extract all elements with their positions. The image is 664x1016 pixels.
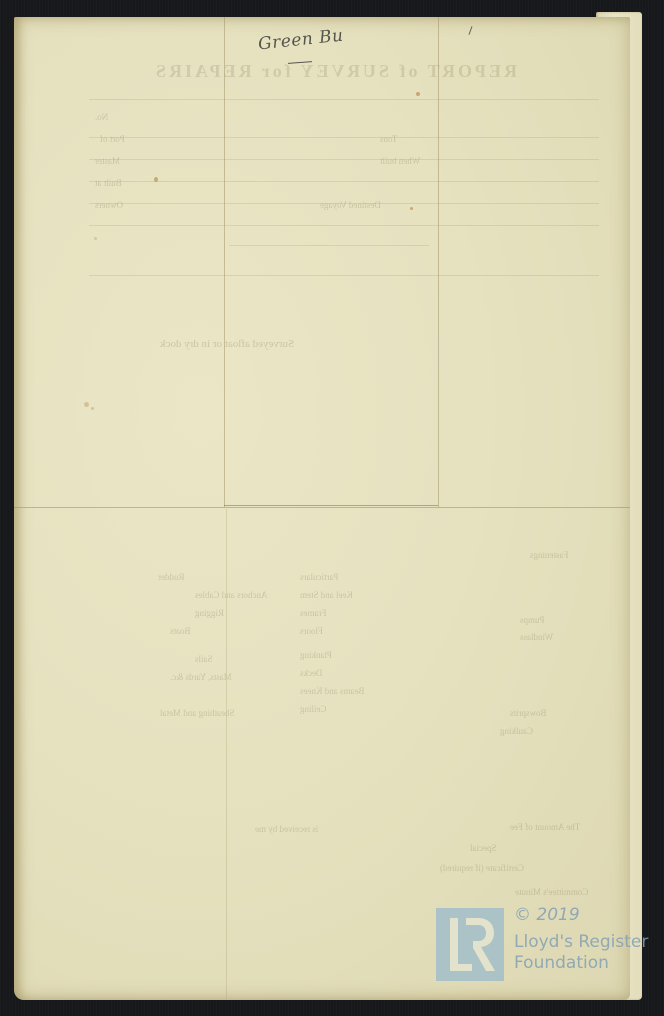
bleed-line: Rudder xyxy=(158,572,185,582)
bleed-line: Surveyed afloat or in dry dock xyxy=(160,338,294,350)
bleed-line: Built at xyxy=(95,178,122,188)
bleed-line: Bowsprits xyxy=(510,708,547,718)
bleed-line: The Amount of Fee xyxy=(510,822,580,832)
bleed-line: Boats xyxy=(170,626,191,636)
watermark-copyright: © 2019 xyxy=(514,905,580,925)
bleed-line: No. xyxy=(95,112,108,122)
bleed-line: is received by me xyxy=(255,824,318,834)
bleed-line: Certificate (if required) xyxy=(440,863,524,873)
foxing-spot xyxy=(84,402,89,407)
bleed-rule xyxy=(89,181,599,182)
bleed-line: Floors xyxy=(300,626,323,636)
bleed-line: Owners xyxy=(95,200,123,210)
bleed-line: Ceiling xyxy=(300,704,327,714)
bleed-line: Windlass xyxy=(520,632,553,642)
lr-logo-icon xyxy=(436,908,504,981)
bleed-line: Masts, Yards &c. xyxy=(170,672,232,682)
bleed-line: Frames xyxy=(300,608,327,618)
foxing-spot xyxy=(416,92,420,96)
fold-crease-box-bottom xyxy=(224,505,438,506)
fold-line-right xyxy=(438,17,439,507)
bleed-line: Sheathing and Metal xyxy=(160,708,234,718)
bleed-line: Destined Voyage xyxy=(320,200,381,210)
bleed-line: Master xyxy=(95,156,120,166)
bleed-line: Anchors and Cables xyxy=(195,590,267,600)
bleed-rule xyxy=(89,137,599,138)
bleed-rule xyxy=(89,225,599,226)
bleed-line: Planking xyxy=(300,650,332,660)
foxing-spot xyxy=(410,207,413,210)
bleed-line: Beams and Knees xyxy=(300,686,364,696)
bleed-line: Particulars xyxy=(300,572,339,582)
bleed-line: Special xyxy=(470,843,497,853)
watermark-org-line1: Lloyd's Register xyxy=(514,932,648,953)
bleed-line: Keel and Stem xyxy=(300,590,353,600)
bleed-rule xyxy=(229,245,429,246)
bleed-rule xyxy=(89,99,599,100)
watermark-organization: Lloyd's Register Foundation xyxy=(514,932,648,974)
bleed-line: Fastenings xyxy=(530,550,569,560)
bleed-line: Port of xyxy=(100,134,125,144)
foxing-spot xyxy=(94,237,97,240)
bleed-line: Rigging xyxy=(195,608,224,618)
bleed-line: Caulking xyxy=(500,726,533,736)
bleed-line: Decks xyxy=(300,668,323,678)
bleed-line: Sails xyxy=(195,654,213,664)
bleed-rule xyxy=(89,275,599,276)
fold-line-left xyxy=(224,17,225,507)
bleed-line: When built xyxy=(380,156,420,166)
bleed-line: Tons xyxy=(380,134,397,144)
fold-line-horizontal xyxy=(14,507,630,508)
bleed-line: Pumps xyxy=(520,615,545,625)
fold-line-left-lower xyxy=(226,509,227,999)
foxing-spot xyxy=(91,407,94,410)
bleed-rule xyxy=(89,159,599,160)
bleed-line: Committee's Minute xyxy=(515,887,588,897)
bleed-through-title: REPORT of SURVEY for REPAIRS xyxy=(95,61,575,82)
foxing-spot xyxy=(154,177,158,182)
watermark-org-line2: Foundation xyxy=(514,953,648,974)
